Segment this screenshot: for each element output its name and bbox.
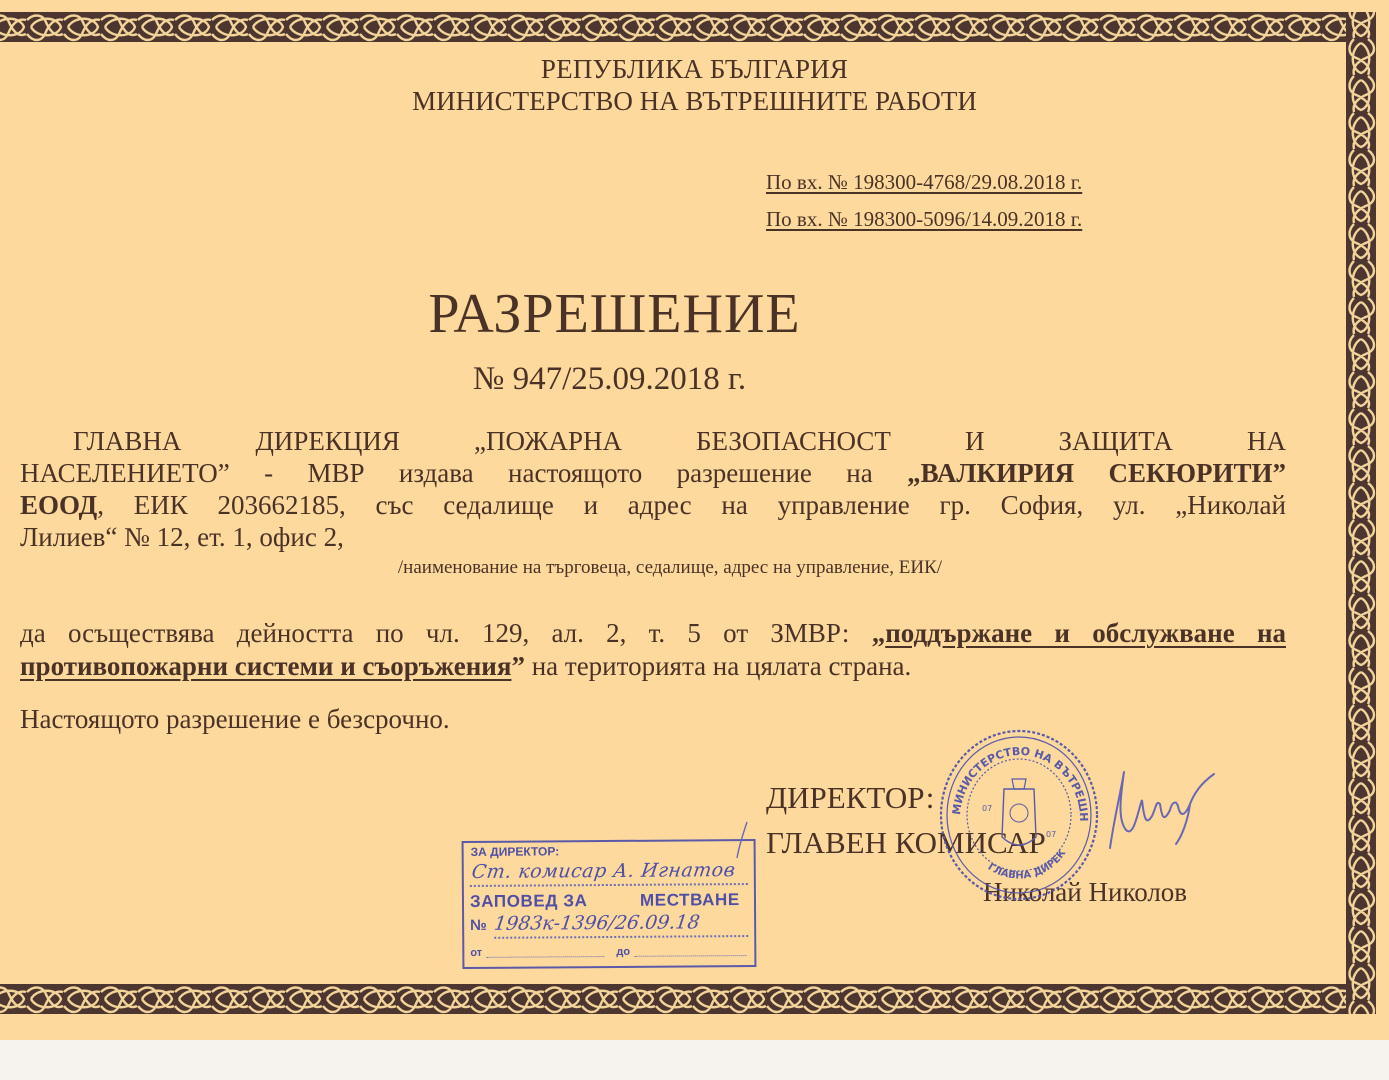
official-seal-icon: МИНИСТЕРСТВО НА ВЪТРЕШНИТЕ РАБОТИ ГЛАВНА…: [938, 727, 1100, 903]
stamp-number-label: №: [470, 917, 487, 934]
company-form: ЕООД: [20, 490, 97, 520]
pen-stroke-icon: [735, 820, 749, 860]
signature-icon: [1090, 760, 1220, 850]
field-note: /наименование на търговеца, седалище, ад…: [0, 557, 1340, 579]
celtic-border-right: [1346, 12, 1376, 1014]
issuer-text: НАСЕЛЕНИЕТО” - МВР издава настоящото раз…: [20, 458, 907, 488]
stamp-handwritten-name: Ст. комисар А. Игнатов: [470, 859, 737, 883]
activity-line-1: да осъществява дейността по чл. 129, ал.…: [20, 617, 1286, 650]
document-title: РАЗРЕШЕНИЕ: [0, 282, 1309, 346]
stamp-order-label: ЗАПОВЕД ЗА: [470, 891, 588, 912]
incoming-reference-1: По вх. № 198300-4768/29.08.2018 г.: [766, 170, 1082, 195]
stamp-order-label-2: МЕСТВАНЕ: [640, 890, 740, 911]
activity-prefix: да осъществява дейността по чл. 129, ал.…: [20, 618, 872, 648]
stamp-dotted-line: [494, 935, 748, 939]
svg-text:МИНИСТЕРСТВО НА ВЪТРЕШНИТЕ РАБ: МИНИСТЕРСТВО НА ВЪТРЕШНИТЕ РАБОТИ: [938, 727, 1090, 822]
activity-title-part-1: поддържане и обслужване на: [885, 618, 1286, 648]
activity-title-part-2: противопожарни системи и съоръжения: [20, 651, 511, 681]
celtic-border-top: [0, 12, 1376, 42]
header-ministry: МИНИСТЕРСТВО НА ВЪТРЕШНИТЕ РАБОТИ: [0, 86, 1389, 117]
svg-text:07: 07: [1046, 830, 1056, 839]
issuer-paragraph: ГЛАВНА ДИРЕКЦИЯ „ПОЖАРНА БЕЗОПАСНОСТ И З…: [20, 425, 1286, 553]
field-note-text: /наименование на търговеца, седалище, ад…: [398, 557, 942, 578]
company-address: , ЕИК 203662185, със седалище и адрес на…: [97, 490, 1286, 520]
document-number: № 947/25.09.2018 г.: [0, 361, 1304, 398]
stamp-dotted-line: [470, 883, 748, 887]
issuer-line-4: Лилиев“ № 12, ет. 1, офис 2,: [20, 521, 1286, 553]
celtic-border-bottom: [0, 984, 1376, 1014]
activity-suffix: на територията на цялата страна.: [525, 651, 911, 681]
issuer-line-1: ГЛАВНА ДИРЕКЦИЯ „ПОЖАРНА БЕЗОПАСНОСТ И З…: [20, 425, 1286, 457]
signatory-role-director: ДИРЕКТОР:: [766, 780, 934, 816]
stamp-handwritten-number: 1983к-1396/26.09.18: [493, 911, 701, 934]
stamp-dotted-line: [486, 956, 604, 958]
stamp-from-label: от: [470, 947, 482, 959]
issuer-line-2: НАСЕЛЕНИЕТО” - МВР издава настоящото раз…: [20, 457, 1286, 489]
incoming-reference-2: По вх. № 198300-5096/14.09.2018 г.: [766, 207, 1082, 232]
close-quote: ”: [511, 651, 525, 681]
svg-text:07: 07: [982, 804, 992, 813]
open-quote: „: [872, 618, 886, 648]
seal-text-top: МИНИСТЕРСТВО НА ВЪТРЕШНИТЕ РАБОТИ: [938, 727, 1090, 822]
activity-paragraph: да осъществява дейността по чл. 129, ал.…: [20, 617, 1286, 683]
stamp-for-director-label: ЗА ДИРЕКТОР:: [471, 844, 560, 859]
stamp-to-label: до: [616, 946, 630, 958]
stamp-dotted-line: [634, 955, 746, 957]
company-name: „ВАЛКИРИЯ СЕКЮРИТИ”: [907, 458, 1286, 488]
issuer-line-3: ЕООД, ЕИК 203662185, със седалище и адре…: [20, 489, 1286, 521]
header-country: РЕПУБЛИКА БЪЛГАРИЯ: [0, 54, 1389, 85]
certificate-paper: РЕПУБЛИКА БЪЛГАРИЯ МИНИСТЕРСТВО НА ВЪТРЕ…: [0, 0, 1389, 1040]
deputy-stamp: ЗА ДИРЕКТОР: Ст. комисар А. Игнатов ЗАПО…: [462, 839, 757, 969]
activity-line-2: противопожарни системи и съоръжения” на …: [20, 650, 1286, 683]
